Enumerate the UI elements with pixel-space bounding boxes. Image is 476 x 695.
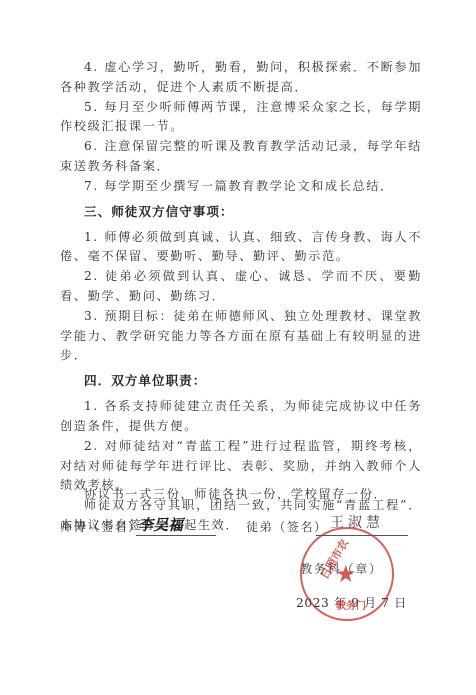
section3-item-3: 3. 预期目标：徒弟在师德师风、独立处理教材、课堂教学能力、教学研究能力等各方面… [60, 307, 422, 366]
seal-star-icon: ★ [335, 562, 357, 586]
section4-item-1: 1. 各系支持师徒建立责任关系，为师徒完成协议中任务创造条件，提供方便。 [60, 397, 422, 437]
section3-item-2: 2. 徒弟必须做到认真、虚心、诚恳、学而不厌、要勤看、勤学、勤问、勤练习． [60, 267, 422, 307]
master-signature: 李吴福 [138, 514, 183, 535]
section3-item-1: 1. 师傅必须做到真诚、认真、细致、言传身教、诲人不倦、毫不保留、要勤听、勤导、… [60, 228, 422, 268]
paragraph-item-7: 7. 每学期至少撰写一篇教育教学论文和成长总结． [60, 177, 422, 197]
paragraph-item-5: 5. 每月至少听师傅两节课，注意博采众家之长，每学期作校级汇报课一节。 [60, 98, 422, 138]
official-seal: 日照市农 ★ 教务门 [300, 527, 394, 621]
master-signature-line [136, 535, 216, 536]
seal-text-bottom: 教务门 [336, 597, 366, 612]
master-signature-label: 师傅（签名） [60, 518, 142, 535]
copies-note: 协议书一式三份，师徒各执一份，学校留存一份． [84, 485, 387, 502]
apprentice-signature-label: 徒弟（签名） [246, 518, 328, 535]
section-heading-4: 四．双方单位职责： [60, 371, 422, 391]
paragraph-item-4: 4. 虚心学习，勤听，勤看，勤问，积极探索．不断参加各种教学活动，促进个人素质不… [60, 58, 422, 98]
document-body: 4. 虚心学习，勤听，勤看，勤问，积极探索．不断参加各种教学活动，促进个人素质不… [60, 58, 422, 536]
section-heading-3: 三、师徒双方信守事项： [60, 202, 422, 222]
document-page: 4. 虚心学习，勤听，勤看，勤问，积极探索．不断参加各种教学活动，促进个人素质不… [0, 0, 476, 695]
paragraph-item-6: 6. 注意保留完整的听课及教育教学活动记录，每学年结束送教务科备案． [60, 137, 422, 177]
